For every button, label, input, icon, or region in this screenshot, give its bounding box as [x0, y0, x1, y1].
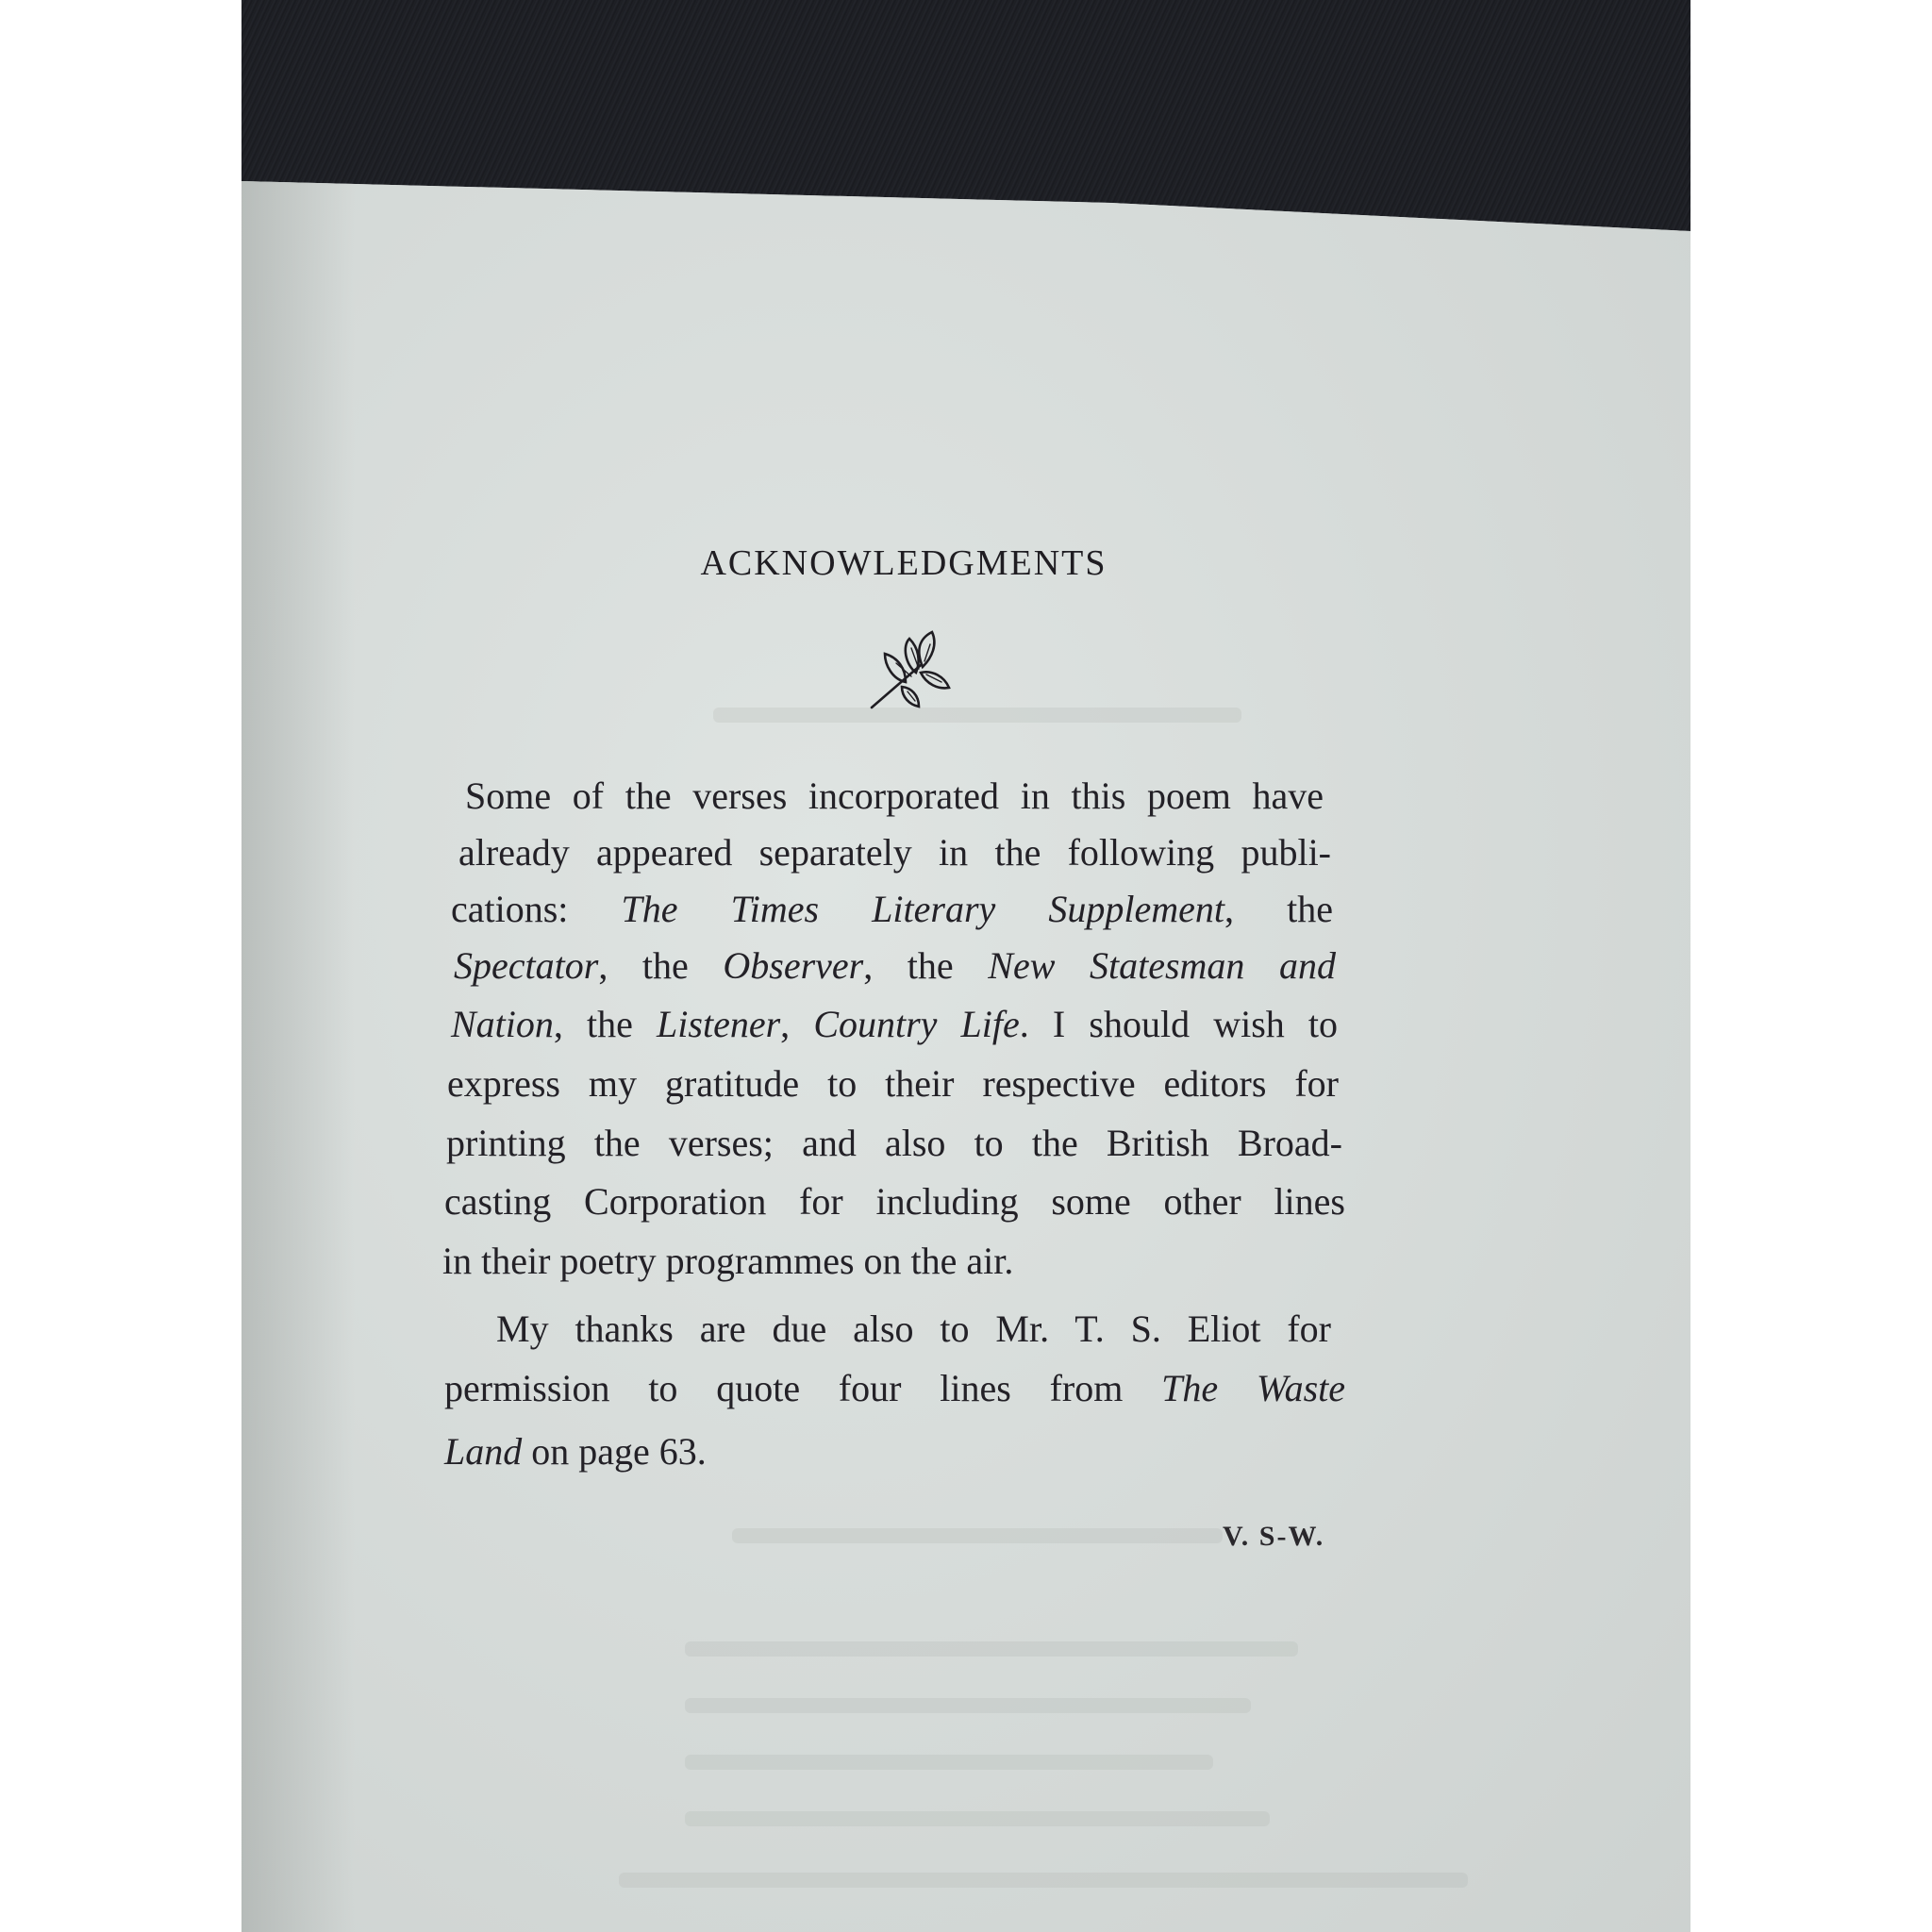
- text-line: printing the verses; and also to the Bri…: [446, 1121, 1342, 1166]
- page-heading: ACKNOWLEDGMENTS: [677, 542, 1130, 584]
- author-initials: V. S-W.: [1223, 1521, 1324, 1553]
- text-line: Spectator, the Observer, the New Statesm…: [454, 943, 1336, 989]
- text-line: cations: The Times Literary Supplement, …: [451, 887, 1333, 932]
- show-through-text: [685, 1755, 1213, 1770]
- text-run: Some of the verses incorporated in this …: [465, 774, 1324, 817]
- italic-title: New Statesman and: [988, 944, 1336, 987]
- italic-title: Observer: [723, 944, 863, 987]
- book-photo: ACKNOWLEDGMENTS Some of the verses incor…: [241, 0, 1690, 1932]
- text-run: cations:: [451, 888, 622, 930]
- text-run: , the: [598, 944, 723, 987]
- text-run: , the: [863, 944, 988, 987]
- text-line: Some of the verses incorporated in this …: [465, 774, 1324, 819]
- text-line: already appeared separately in the follo…: [458, 830, 1331, 875]
- italic-title: Spectator: [454, 944, 598, 987]
- text-line: Nation, the Listener, Country Life. I sh…: [451, 1002, 1338, 1047]
- text-line: in their poetry programmes on the air.: [442, 1239, 1013, 1284]
- text-run: My thanks are due also to Mr. T. S. Elio…: [496, 1307, 1331, 1350]
- text-line: Land on page 63.: [444, 1429, 707, 1474]
- text-run: on page 63.: [522, 1430, 707, 1473]
- italic-title: Country Life: [813, 1003, 1019, 1045]
- italic-title: The Times Literary Supplement: [622, 888, 1224, 930]
- text-run: in their poetry programmes on the air.: [442, 1240, 1013, 1282]
- page-gutter-shadow: [241, 179, 355, 1932]
- text-line: permission to quote four lines from The …: [444, 1366, 1345, 1411]
- text-run: already appeared separately in the follo…: [458, 831, 1331, 874]
- text-run: ,: [780, 1003, 813, 1045]
- show-through-text: [619, 1873, 1468, 1888]
- show-through-text: [685, 1698, 1251, 1713]
- text-run: casting Corporation for including some o…: [444, 1180, 1345, 1223]
- show-through-text: [713, 708, 1241, 723]
- text-run: , the: [554, 1003, 657, 1045]
- show-through-text: [685, 1811, 1270, 1826]
- show-through-text: [732, 1528, 1223, 1543]
- text-line: casting Corporation for including some o…: [444, 1179, 1345, 1224]
- italic-title: Listener: [657, 1003, 780, 1045]
- leaf-sprig-icon: [864, 627, 968, 722]
- italic-title: Land: [444, 1430, 522, 1473]
- italic-title: Nation: [451, 1003, 554, 1045]
- italic-title: The Waste: [1161, 1367, 1345, 1409]
- text-run: express my gratitude to their respective…: [447, 1062, 1339, 1105]
- text-line: express my gratitude to their respective…: [447, 1061, 1339, 1107]
- text-run: permission to quote four lines from: [444, 1367, 1161, 1409]
- show-through-text: [685, 1641, 1298, 1657]
- text-run: . I should wish to: [1020, 1003, 1338, 1045]
- text-run: printing the verses; and also to the Bri…: [446, 1122, 1342, 1164]
- text-line: My thanks are due also to Mr. T. S. Elio…: [496, 1307, 1331, 1352]
- text-run: , the: [1224, 888, 1333, 930]
- book-page: ACKNOWLEDGMENTS Some of the verses incor…: [241, 0, 1690, 1932]
